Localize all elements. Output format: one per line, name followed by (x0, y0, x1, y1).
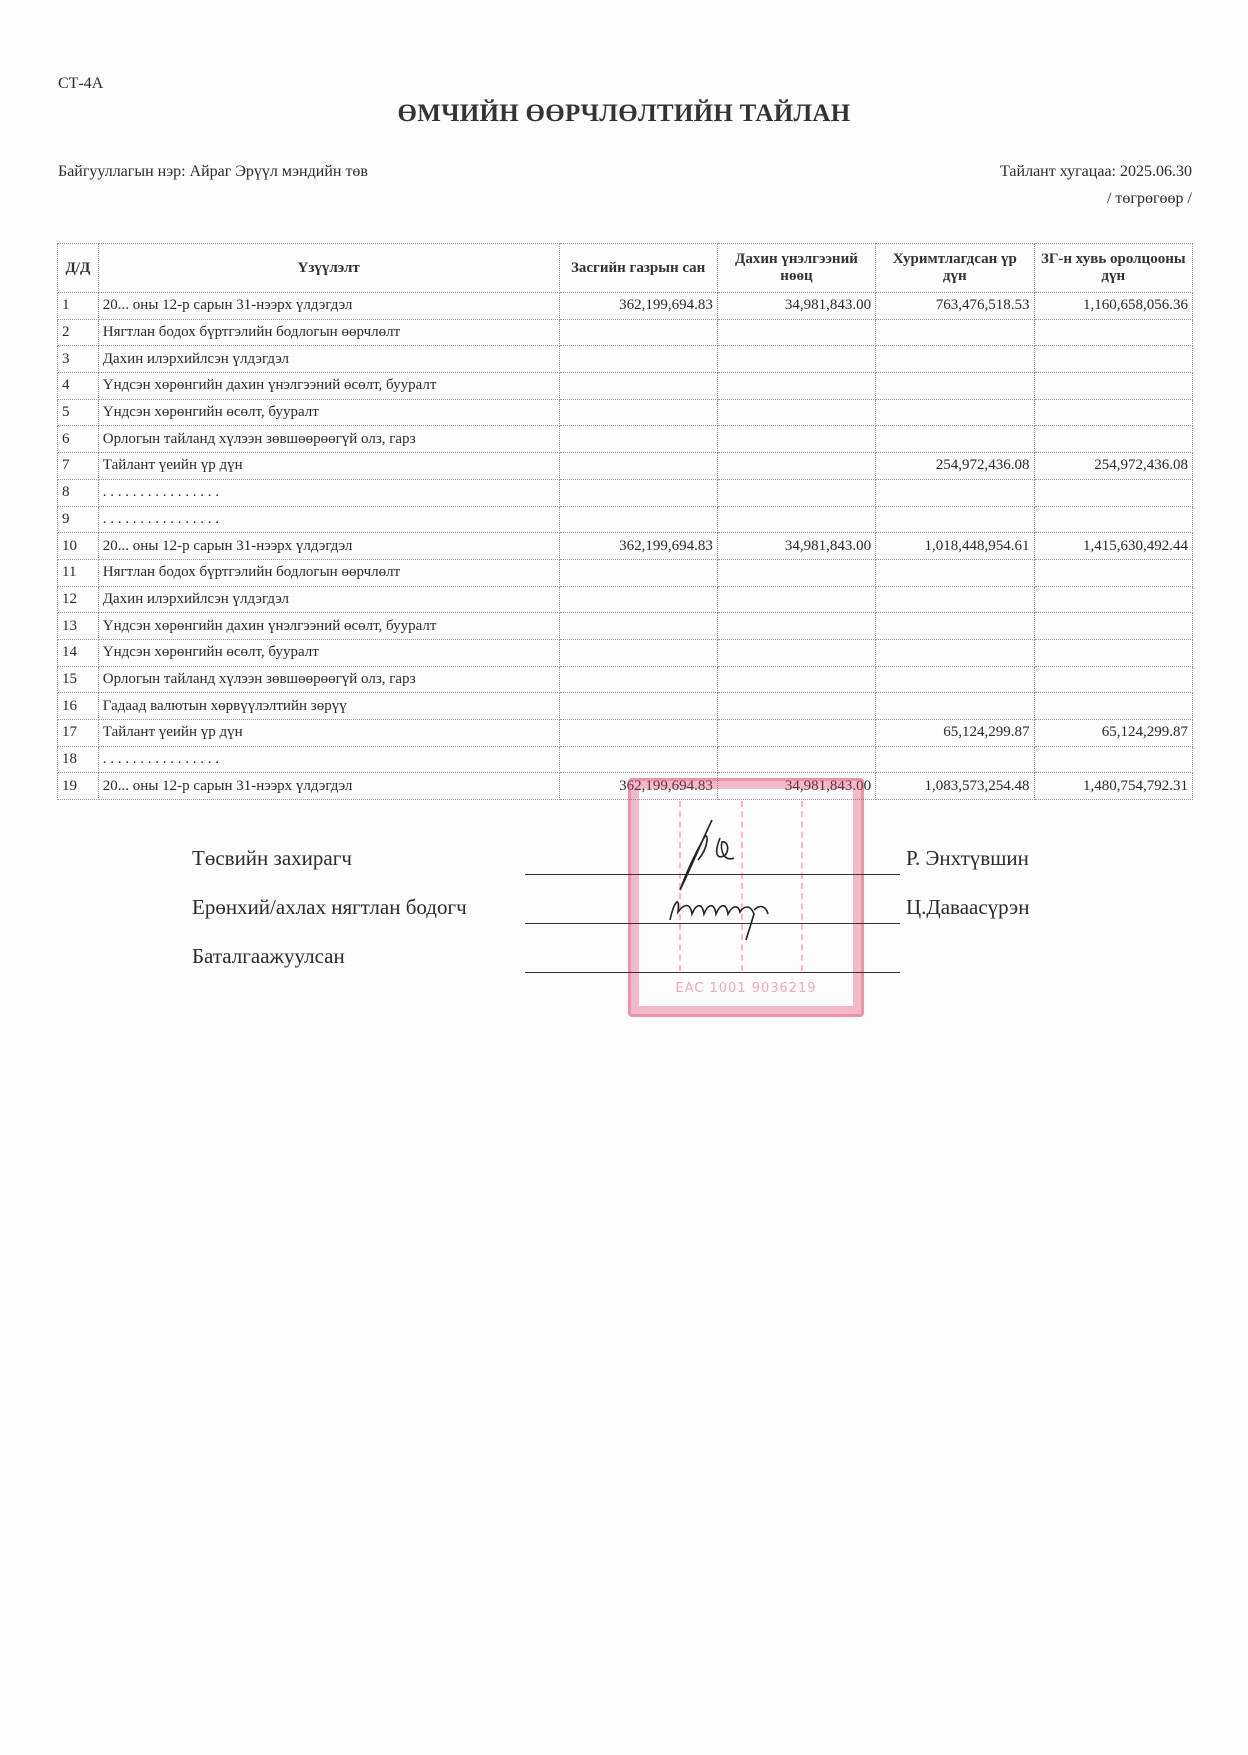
government-fund-value (559, 373, 717, 400)
table-header-row: Д/Д Үзүүлэлт Засгийн газрын сан Дахин үн… (58, 244, 1193, 293)
revaluation-reserve-value (717, 586, 875, 613)
government-fund-value (559, 586, 717, 613)
signature-line (525, 923, 900, 924)
table-row: 12Дахин илэрхийлсэн үлдэгдэл (58, 586, 1193, 613)
row-number: 12 (58, 586, 99, 613)
table-row: 11Нягтлан бодох бүртгэлийн бодлогын өөрч… (58, 559, 1193, 586)
table-row: 9. . . . . . . . . . . . . . . . (58, 506, 1193, 533)
revaluation-reserve-value (717, 373, 875, 400)
accumulated-result-value (876, 346, 1034, 373)
signature-role: Баталгаажуулсан (192, 944, 345, 969)
row-description: Гадаад валютын хөрвүүлэлтийн зөрүү (98, 693, 559, 720)
revaluation-reserve-value (717, 506, 875, 533)
accumulated-result-value (876, 559, 1034, 586)
government-fund-value: 362,199,694.83 (559, 293, 717, 320)
row-number: 13 (58, 613, 99, 640)
revaluation-reserve-value: 34,981,843.00 (717, 293, 875, 320)
government-fund-value (559, 346, 717, 373)
revaluation-reserve-value (717, 639, 875, 666)
row-description: Үндсэн хөрөнгийн дахин үнэлгээний өсөлт,… (98, 613, 559, 640)
row-description: Дахин илэрхийлсэн үлдэгдэл (98, 346, 559, 373)
government-fund-value (559, 399, 717, 426)
government-share-total-value: 1,415,630,492.44 (1034, 533, 1192, 560)
revaluation-reserve-value (717, 426, 875, 453)
government-share-total-value (1034, 586, 1192, 613)
col-header-government-share-total: ЗГ-н хувь оролцооны дүн (1034, 244, 1192, 293)
government-share-total-value (1034, 319, 1192, 346)
row-description: Орлогын тайланд хүлээн зөвшөөрөөгүй олз,… (98, 666, 559, 693)
row-number: 6 (58, 426, 99, 453)
row-description: . . . . . . . . . . . . . . . . (98, 746, 559, 773)
government-share-total-value: 1,480,754,792.31 (1034, 773, 1192, 800)
accumulated-result-value (876, 586, 1034, 613)
reporting-period: Тайлант хугацаа: 2025.06.30 (1000, 163, 1192, 181)
row-number: 14 (58, 639, 99, 666)
row-description: Үндсэн хөрөнгийн дахин үнэлгээний өсөлт,… (98, 373, 559, 400)
col-header-revaluation-reserve: Дахин үнэлгээний нөөц (717, 244, 875, 293)
row-number: 1 (58, 293, 99, 320)
row-number: 11 (58, 559, 99, 586)
table-row: 14Үндсэн хөрөнгийн өсөлт, бууралт (58, 639, 1193, 666)
page-title: ӨМЧИЙН ӨӨРЧЛӨЛТИЙН ТАЙЛАН (0, 100, 1248, 128)
accumulated-result-value: 1,083,573,254.48 (876, 773, 1034, 800)
row-number: 9 (58, 506, 99, 533)
government-share-total-value (1034, 479, 1192, 506)
table-row: 5Үндсэн хөрөнгийн өсөлт, бууралт (58, 399, 1193, 426)
accumulated-result-value: 1,018,448,954.61 (876, 533, 1034, 560)
government-share-total-value (1034, 399, 1192, 426)
table-row: 8. . . . . . . . . . . . . . . . (58, 479, 1193, 506)
stamp-registration-number: EAC 1001 9036219 (631, 981, 861, 996)
accumulated-result-value (876, 613, 1034, 640)
row-number: 5 (58, 399, 99, 426)
revaluation-reserve-value: 34,981,843.00 (717, 533, 875, 560)
row-description: . . . . . . . . . . . . . . . . (98, 479, 559, 506)
accumulated-result-value: 254,972,436.08 (876, 453, 1034, 480)
col-header-government-fund: Засгийн газрын сан (559, 244, 717, 293)
government-share-total-value (1034, 373, 1192, 400)
signatory-name: Ц.Даваасүрэн (906, 895, 1029, 920)
government-fund-value (559, 746, 717, 773)
revaluation-reserve-value (717, 746, 875, 773)
row-number: 10 (58, 533, 99, 560)
table-row: 2Нягтлан бодох бүртгэлийн бодлогын өөрчл… (58, 319, 1193, 346)
organization-name: Байгууллагын нэр: Айраг Эрүүл мэндийн тө… (58, 163, 368, 181)
row-description: Орлогын тайланд хүлээн зөвшөөрөөгүй олз,… (98, 426, 559, 453)
accumulated-result-value (876, 639, 1034, 666)
accumulated-result-value: 763,476,518.53 (876, 293, 1034, 320)
government-fund-value (559, 479, 717, 506)
table-row: 18. . . . . . . . . . . . . . . . (58, 746, 1193, 773)
government-fund-value (559, 319, 717, 346)
accumulated-result-value (876, 319, 1034, 346)
government-share-total-value (1034, 506, 1192, 533)
revaluation-reserve-value (717, 399, 875, 426)
row-description: Дахин илэрхийлсэн үлдэгдэл (98, 586, 559, 613)
equity-changes-table: Д/Д Үзүүлэлт Засгийн газрын сан Дахин үн… (57, 243, 1193, 800)
accumulated-result-value (876, 399, 1034, 426)
row-description: 20... оны 12-р сарын 31-нээрх үлдэгдэл (98, 293, 559, 320)
accumulated-result-value (876, 373, 1034, 400)
revaluation-reserve-value (717, 453, 875, 480)
table-row: 17Тайлант үеийн үр дүн65,124,299.8765,12… (58, 720, 1193, 747)
revaluation-reserve-value (717, 319, 875, 346)
currency-unit: / төгрөгөөр / (1107, 190, 1192, 208)
table-row: 4Үндсэн хөрөнгийн дахин үнэлгээний өсөлт… (58, 373, 1193, 400)
signatory-name: Р. Энхтүвшин (906, 846, 1029, 871)
col-header-accumulated-result: Хуримтлагдсан үр дүн (876, 244, 1034, 293)
government-fund-value (559, 666, 717, 693)
government-fund-value (559, 559, 717, 586)
government-share-total-value (1034, 559, 1192, 586)
revaluation-reserve-value (717, 346, 875, 373)
government-share-total-value: 1,160,658,056.36 (1034, 293, 1192, 320)
revaluation-reserve-value (717, 613, 875, 640)
row-number: 2 (58, 319, 99, 346)
government-share-total-value (1034, 746, 1192, 773)
government-fund-value (559, 453, 717, 480)
row-description: 20... оны 12-р сарын 31-нээрх үлдэгдэл (98, 533, 559, 560)
row-number: 17 (58, 720, 99, 747)
signature-role: Ерөнхий/ахлах нягтлан бодогч (192, 895, 467, 920)
col-header-description: Үзүүлэлт (98, 244, 559, 293)
government-share-total-value (1034, 426, 1192, 453)
government-fund-value (559, 720, 717, 747)
row-number: 16 (58, 693, 99, 720)
government-fund-value (559, 506, 717, 533)
government-share-total-value: 254,972,436.08 (1034, 453, 1192, 480)
government-share-total-value (1034, 666, 1192, 693)
revaluation-reserve-value (717, 666, 875, 693)
signature-line (525, 874, 900, 875)
table-row: 15Орлогын тайланд хүлээн зөвшөөрөөгүй ол… (58, 666, 1193, 693)
table-row: 3Дахин илэрхийлсэн үлдэгдэл (58, 346, 1193, 373)
handwritten-signatures (650, 790, 810, 950)
row-number: 15 (58, 666, 99, 693)
table-row: 1020... оны 12-р сарын 31-нээрх үлдэгдэл… (58, 533, 1193, 560)
row-description: Үндсэн хөрөнгийн өсөлт, бууралт (98, 639, 559, 666)
table-row: 1920... оны 12-р сарын 31-нээрх үлдэгдэл… (58, 773, 1193, 800)
col-header-no: Д/Д (58, 244, 99, 293)
government-share-total-value (1034, 693, 1192, 720)
row-number: 3 (58, 346, 99, 373)
table-row: 6Орлогын тайланд хүлээн зөвшөөрөөгүй олз… (58, 426, 1193, 453)
revaluation-reserve-value (717, 720, 875, 747)
table-row: 120... оны 12-р сарын 31-нээрх үлдэгдэл3… (58, 293, 1193, 320)
row-description: Тайлант үеийн үр дүн (98, 453, 559, 480)
revaluation-reserve-value (717, 559, 875, 586)
government-share-total-value (1034, 346, 1192, 373)
row-description: . . . . . . . . . . . . . . . . (98, 506, 559, 533)
row-description: 20... оны 12-р сарын 31-нээрх үлдэгдэл (98, 773, 559, 800)
row-description: Үндсэн хөрөнгийн өсөлт, бууралт (98, 399, 559, 426)
revaluation-reserve-value (717, 479, 875, 506)
government-share-total-value (1034, 639, 1192, 666)
government-share-total-value (1034, 613, 1192, 640)
row-number: 4 (58, 373, 99, 400)
accumulated-result-value (876, 693, 1034, 720)
accumulated-result-value (876, 746, 1034, 773)
accumulated-result-value (876, 426, 1034, 453)
government-fund-value (559, 693, 717, 720)
government-fund-value (559, 639, 717, 666)
row-number: 7 (58, 453, 99, 480)
row-description: Тайлант үеийн үр дүн (98, 720, 559, 747)
government-fund-value (559, 613, 717, 640)
accumulated-result-value (876, 666, 1034, 693)
table-row: 7Тайлант үеийн үр дүн254,972,436.08254,9… (58, 453, 1193, 480)
government-fund-value: 362,199,694.83 (559, 533, 717, 560)
row-number: 8 (58, 479, 99, 506)
government-fund-value (559, 426, 717, 453)
government-share-total-value: 65,124,299.87 (1034, 720, 1192, 747)
signature-role: Төсвийн захирагч (192, 846, 352, 871)
accumulated-result-value: 65,124,299.87 (876, 720, 1034, 747)
row-number: 18 (58, 746, 99, 773)
revaluation-reserve-value (717, 693, 875, 720)
table-row: 13Үндсэн хөрөнгийн дахин үнэлгээний өсөл… (58, 613, 1193, 640)
accumulated-result-value (876, 506, 1034, 533)
accumulated-result-value (876, 479, 1034, 506)
row-number: 19 (58, 773, 99, 800)
row-description: Нягтлан бодох бүртгэлийн бодлогын өөрчлө… (98, 319, 559, 346)
signature-line (525, 972, 900, 973)
table-row: 16Гадаад валютын хөрвүүлэлтийн зөрүү (58, 693, 1193, 720)
row-description: Нягтлан бодох бүртгэлийн бодлогын өөрчлө… (98, 559, 559, 586)
form-code: СТ-4А (58, 75, 103, 93)
